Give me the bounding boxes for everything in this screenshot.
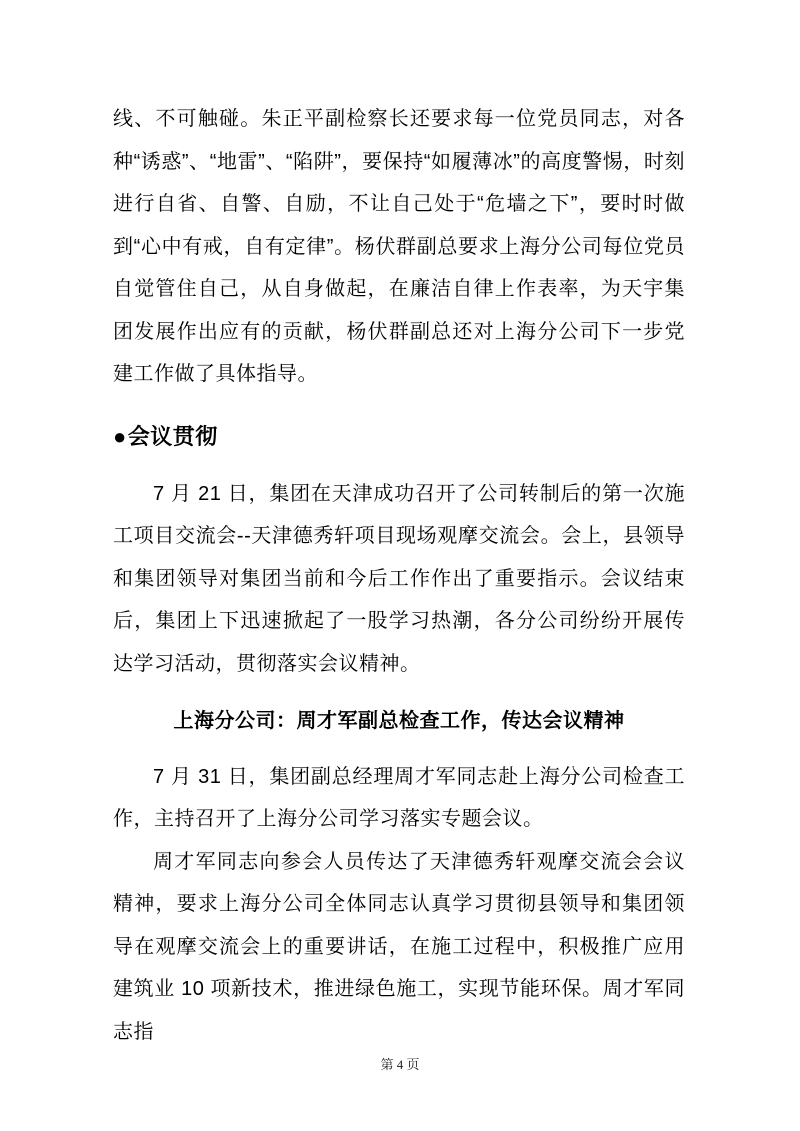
document-page: 线、不可触碰。朱正平副检察长还要求每一位党员同志，对各种“诱惑”、“地雷”、“陷…: [0, 0, 800, 1131]
subsection-title-shanghai-branch: 上海分公司：周才军副总检查工作，传达会议精神: [113, 700, 685, 743]
paragraph-party-discipline: 线、不可触碰。朱正平副检察长还要求每一位党员同志，对各种“诱惑”、“地雷”、“陷…: [113, 98, 685, 396]
bullet-icon: ●: [113, 422, 127, 452]
paragraph-spirit-relay: 周才军同志向参会人员传达了天津德秀轩观摩交流会会议精神，要求上海分公司全体同志认…: [113, 841, 685, 1054]
paragraph-exchange-meeting: 7 月 21 日，集团在天津成功召开了公司转制后的第一次施工项目交流会--天津德…: [113, 473, 685, 686]
page-content: 线、不可触碰。朱正平副检察长还要求每一位党员同志，对各种“诱惑”、“地雷”、“陷…: [113, 98, 685, 1053]
page-footer: 第 4 页: [0, 1054, 800, 1073]
section-heading-meeting-implementation: ●会议贯彻: [113, 422, 685, 452]
section-heading-label: 会议贯彻: [128, 422, 218, 452]
page-number: 第 4 页: [380, 1057, 419, 1072]
paragraph-branch-inspection: 7 月 31 日，集团副总经理周才军同志赴上海分公司检查工作，主持召开了上海分公…: [113, 756, 685, 841]
